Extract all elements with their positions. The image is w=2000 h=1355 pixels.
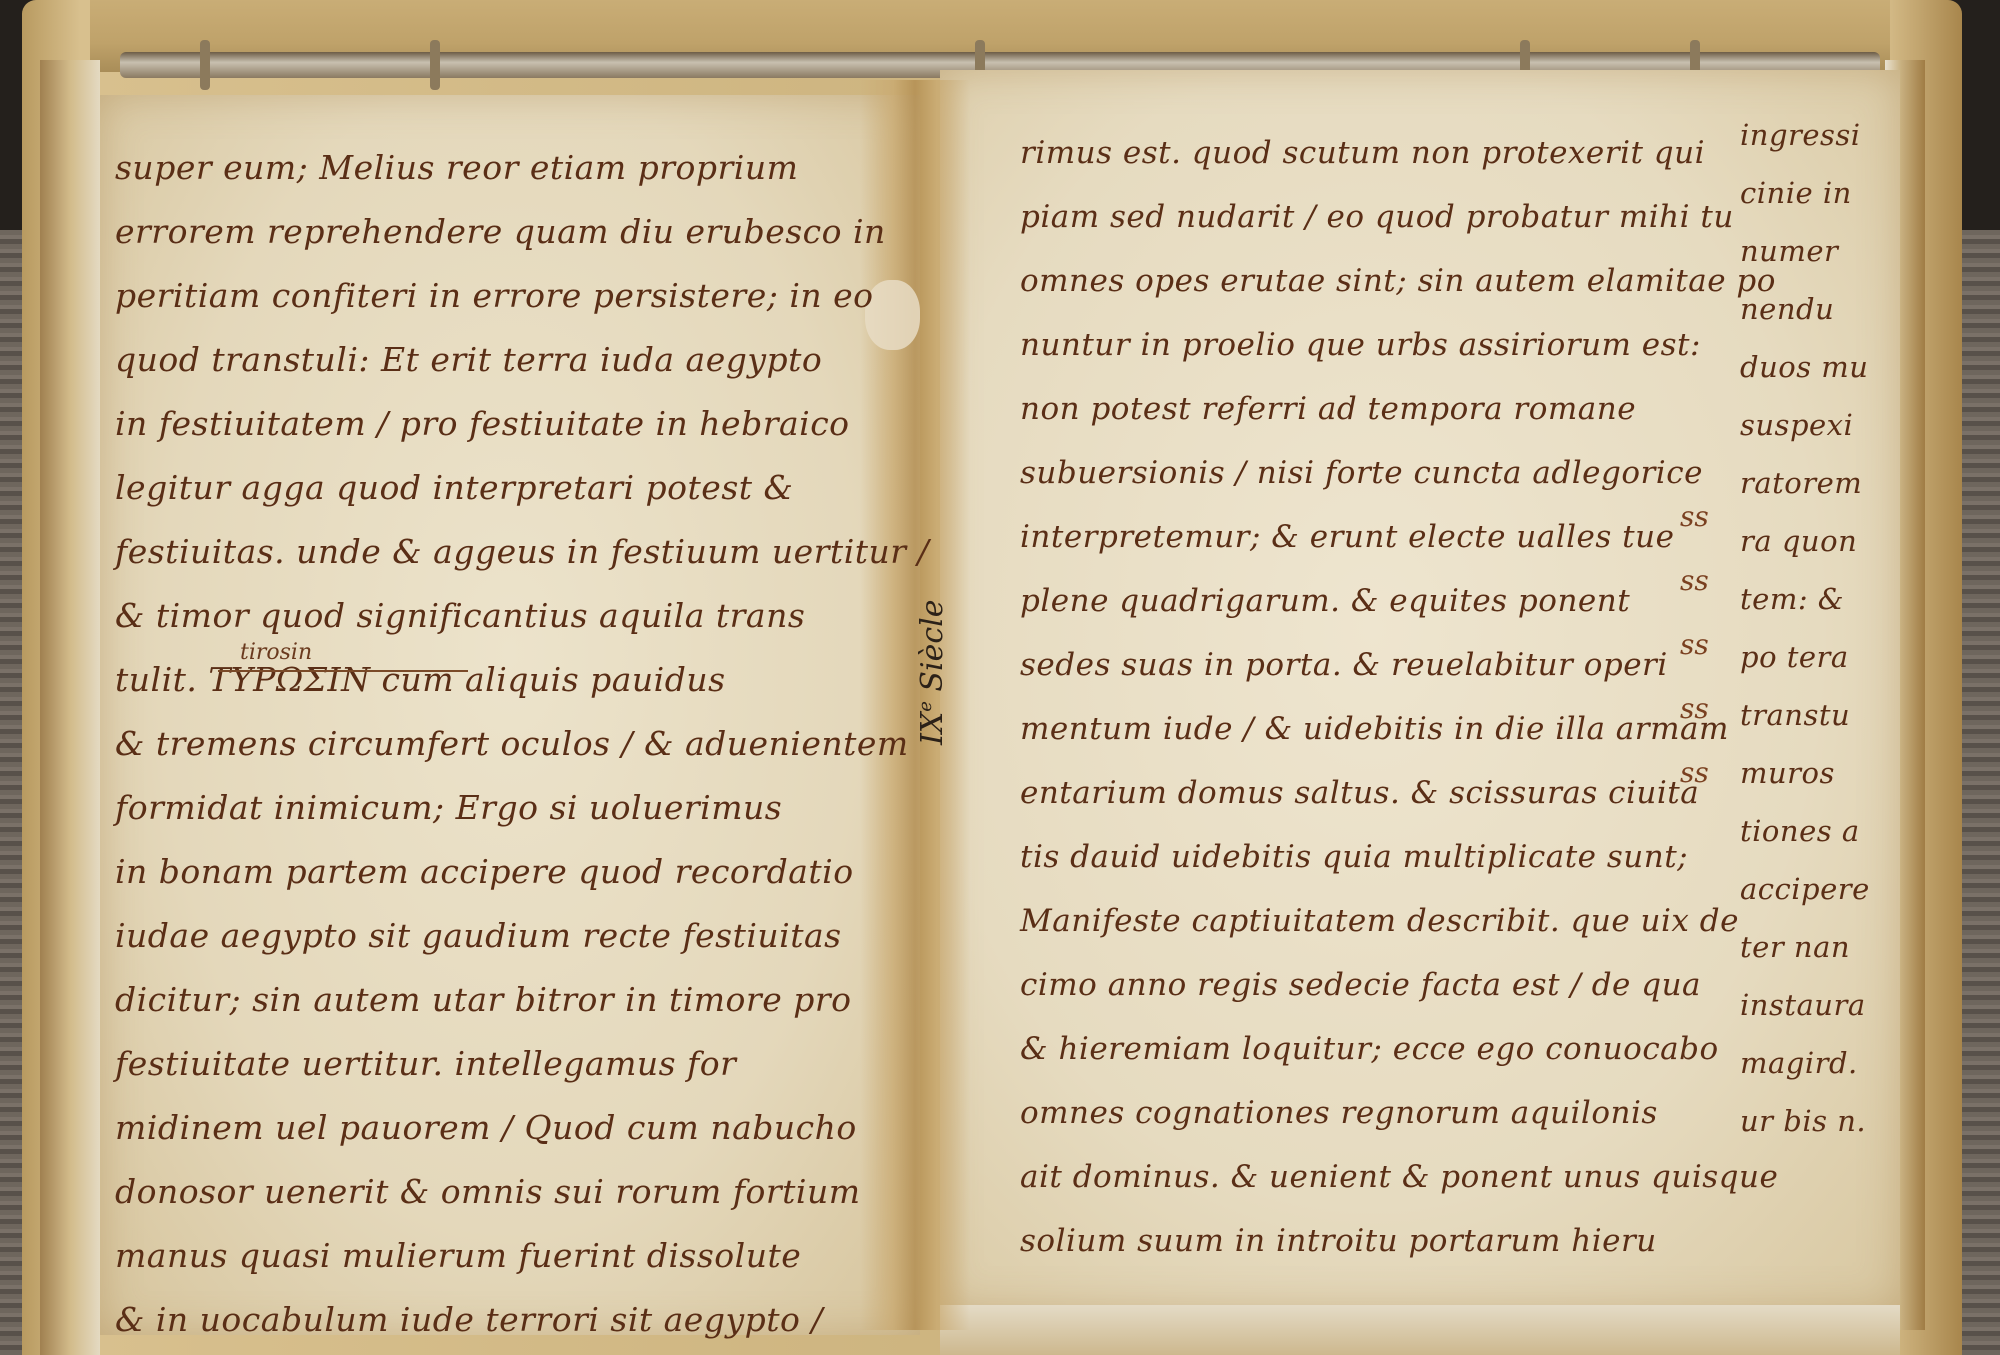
- text-line: mentum iude / & uidebitis in die illa ar…: [1020, 711, 1729, 747]
- annotation-superscript: e: [915, 701, 936, 712]
- text-line: festiuitate uertitur. intellegamus for: [115, 1044, 736, 1083]
- diple-mark: ss: [1680, 500, 1709, 533]
- text-line: in bonam partem accipere quod recordatio: [115, 852, 854, 891]
- text-line: tulit. ΤΥΡΩΣΙΝ cum aliquis pauidus: [115, 660, 726, 699]
- text-line: & timor quod significantius aquila trans: [115, 596, 805, 635]
- text-line: nuntur in proelio que urbs assiriorum es…: [1020, 327, 1701, 363]
- annotation-numeral: IX: [915, 712, 950, 745]
- text-line: omnes opes erutae sint; sin autem elamit…: [1020, 263, 1776, 299]
- text-line: rimus est. quod scutum non protexerit qu…: [1020, 135, 1705, 171]
- text-line: ait dominus. & uenient & ponent unus qui…: [1020, 1159, 1778, 1195]
- text-line: ra quon: [1740, 524, 1857, 558]
- text-line: nendu: [1740, 292, 1834, 326]
- annotation-word: Siècle: [915, 600, 950, 692]
- text-line: magird.: [1740, 1046, 1858, 1080]
- text-line: ur bis n.: [1740, 1104, 1866, 1138]
- sewing-cord: [430, 40, 440, 90]
- text-line: midinem uel pauorem / Quod cum nabucho: [115, 1108, 857, 1147]
- text-line: non potest referri ad tempora romane: [1020, 391, 1636, 427]
- text-line: numer: [1740, 234, 1838, 268]
- text-line: cinie in: [1740, 176, 1852, 210]
- text-line: entarium domus saltus. & scissuras ciuit…: [1020, 775, 1699, 811]
- diple-mark: ss: [1680, 756, 1709, 789]
- text-line: in festiuitatem / pro festiuitate in heb…: [115, 404, 850, 443]
- text-line: instaura: [1740, 988, 1866, 1022]
- text-line: piam sed nudarit / eo quod probatur mihi…: [1020, 199, 1734, 235]
- sewing-cord: [200, 40, 210, 90]
- text-line: ingressi: [1740, 118, 1861, 152]
- text-line: tis dauid uidebitis quia multiplicate su…: [1020, 839, 1688, 875]
- text-line: & in uocabulum iude terrori sit aegypto …: [115, 1300, 823, 1339]
- text-line: & hieremiam loquitur; ecce ego conuocabo: [1020, 1031, 1719, 1067]
- text-line: iudae aegypto sit gaudium recte festiuit…: [115, 916, 842, 955]
- text-line: suspexi: [1740, 408, 1853, 442]
- text-line: cimo anno regis sedecie facta est / de q…: [1020, 967, 1701, 1003]
- century-annotation: IXe Siècle: [915, 600, 950, 745]
- diple-mark: ss: [1680, 564, 1709, 597]
- text-line: super eum; Melius reor etiam proprium: [115, 148, 798, 187]
- text-line: duos mu: [1740, 350, 1868, 384]
- text-line: donosor uenerit & omnis sui rorum fortiu…: [115, 1172, 861, 1211]
- text-line: omnes cognationes regnorum aquilonis: [1020, 1095, 1658, 1131]
- binding-left-turn-in: [40, 60, 100, 1355]
- diple-mark: ss: [1680, 628, 1709, 661]
- text-line: sedes suas in porta. & reuelabitur operi: [1020, 647, 1668, 683]
- text-line: Manifeste captiuitatem describit. que ui…: [1020, 903, 1739, 939]
- text-line: manus quasi mulierum fuerint dissolute: [115, 1236, 801, 1275]
- text-line: peritiam confiteri in errore persistere;…: [115, 276, 874, 315]
- text-line: po tera: [1740, 640, 1849, 674]
- text-line: accipere: [1740, 872, 1870, 906]
- text-line: tiones a: [1740, 814, 1860, 848]
- text-line: formidat inimicum; Ergo si uoluerimus: [115, 788, 782, 827]
- diple-mark: ss: [1680, 692, 1709, 725]
- text-line: subuersionis / nisi forte cuncta adlegor…: [1020, 455, 1703, 491]
- text-line: tem: &: [1740, 582, 1844, 616]
- page-bottom-edge: [940, 1305, 1900, 1355]
- text-line: interpretemur; & erunt electe ualles tue: [1020, 519, 1674, 555]
- text-line: plene quadrigarum. & equites ponent: [1020, 583, 1630, 619]
- text-line: ter nan: [1740, 930, 1850, 964]
- text-line: errorem reprehendere quam diu erubesco i…: [115, 212, 886, 251]
- text-line: solium suum in introitu portarum hieru: [1020, 1223, 1657, 1259]
- text-line: dicitur; sin autem utar bitror in timore…: [115, 980, 851, 1019]
- interlinear-gloss: tirosin: [240, 640, 312, 665]
- text-line: quod transtuli: Et erit terra iuda aegyp…: [115, 340, 822, 379]
- text-line: festiuitas. unde & aggeus in festiuum ue…: [115, 532, 929, 571]
- text-line: legitur agga quod interpretari potest &: [115, 468, 793, 507]
- text-line: muros: [1740, 756, 1835, 790]
- text-line: transtu: [1740, 698, 1850, 732]
- text-line: & tremens circumfert oculos / & aduenien…: [115, 724, 909, 763]
- text-line: ratorem: [1740, 466, 1862, 500]
- gloss-overline: [218, 670, 468, 672]
